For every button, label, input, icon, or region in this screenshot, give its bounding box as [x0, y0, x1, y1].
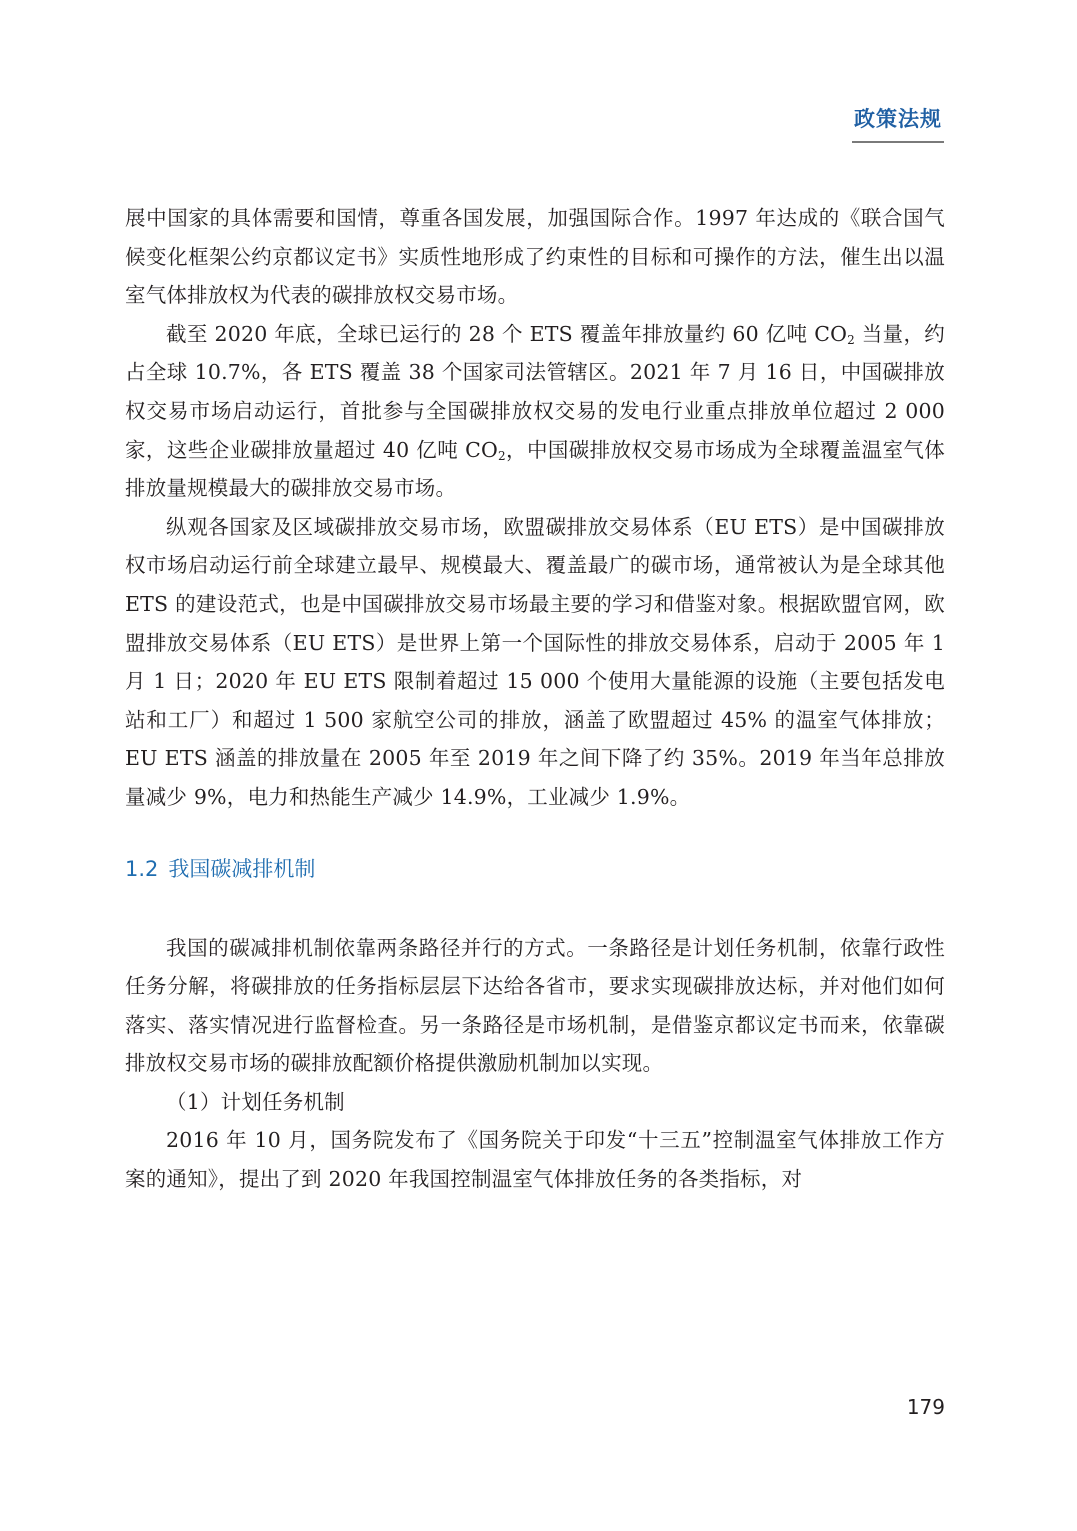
spacer	[125, 889, 945, 929]
section-number: 1.2	[125, 857, 158, 881]
page-body: 展中国家的具体需要和国情，尊重各国发展，加强国际合作。1997 年达成的《联合国…	[125, 199, 945, 1199]
running-header-rule	[852, 141, 944, 143]
running-header-title: 政策法规	[852, 104, 944, 134]
subheading-plan-task-mechanism: （1）计划任务机制	[125, 1083, 945, 1122]
subscript: 2	[847, 333, 855, 347]
paragraph-mechanism-intro: 我国的碳减排机制依靠两条路径并行的方式。一条路径是计划任务机制，依靠行政性任务分…	[125, 929, 945, 1083]
text-run: 截至 2020 年底，全球已运行的 28 个 ETS 覆盖年排放量约 60 亿吨…	[166, 322, 847, 346]
subscript: 2	[498, 449, 506, 463]
section-heading: 1.2我国碳减排机制	[125, 849, 945, 889]
running-header: 政策法规	[852, 104, 944, 143]
section-title: 我国碳减排机制	[168, 857, 315, 881]
paragraph-ets-coverage: 截至 2020 年底，全球已运行的 28 个 ETS 覆盖年排放量约 60 亿吨…	[125, 315, 945, 508]
paragraph-continuation: 展中国家的具体需要和国情，尊重各国发展，加强国际合作。1997 年达成的《联合国…	[125, 199, 945, 315]
paragraph-state-council-2016: 2016 年 10 月，国务院发布了《国务院关于印发“十三五”控制温室气体排放工…	[125, 1121, 945, 1198]
page-number: 179	[895, 1395, 945, 1419]
paragraph-eu-ets: 纵观各国家及区域碳排放交易市场，欧盟碳排放交易体系（EU ETS）是中国碳排放权…	[125, 508, 945, 817]
